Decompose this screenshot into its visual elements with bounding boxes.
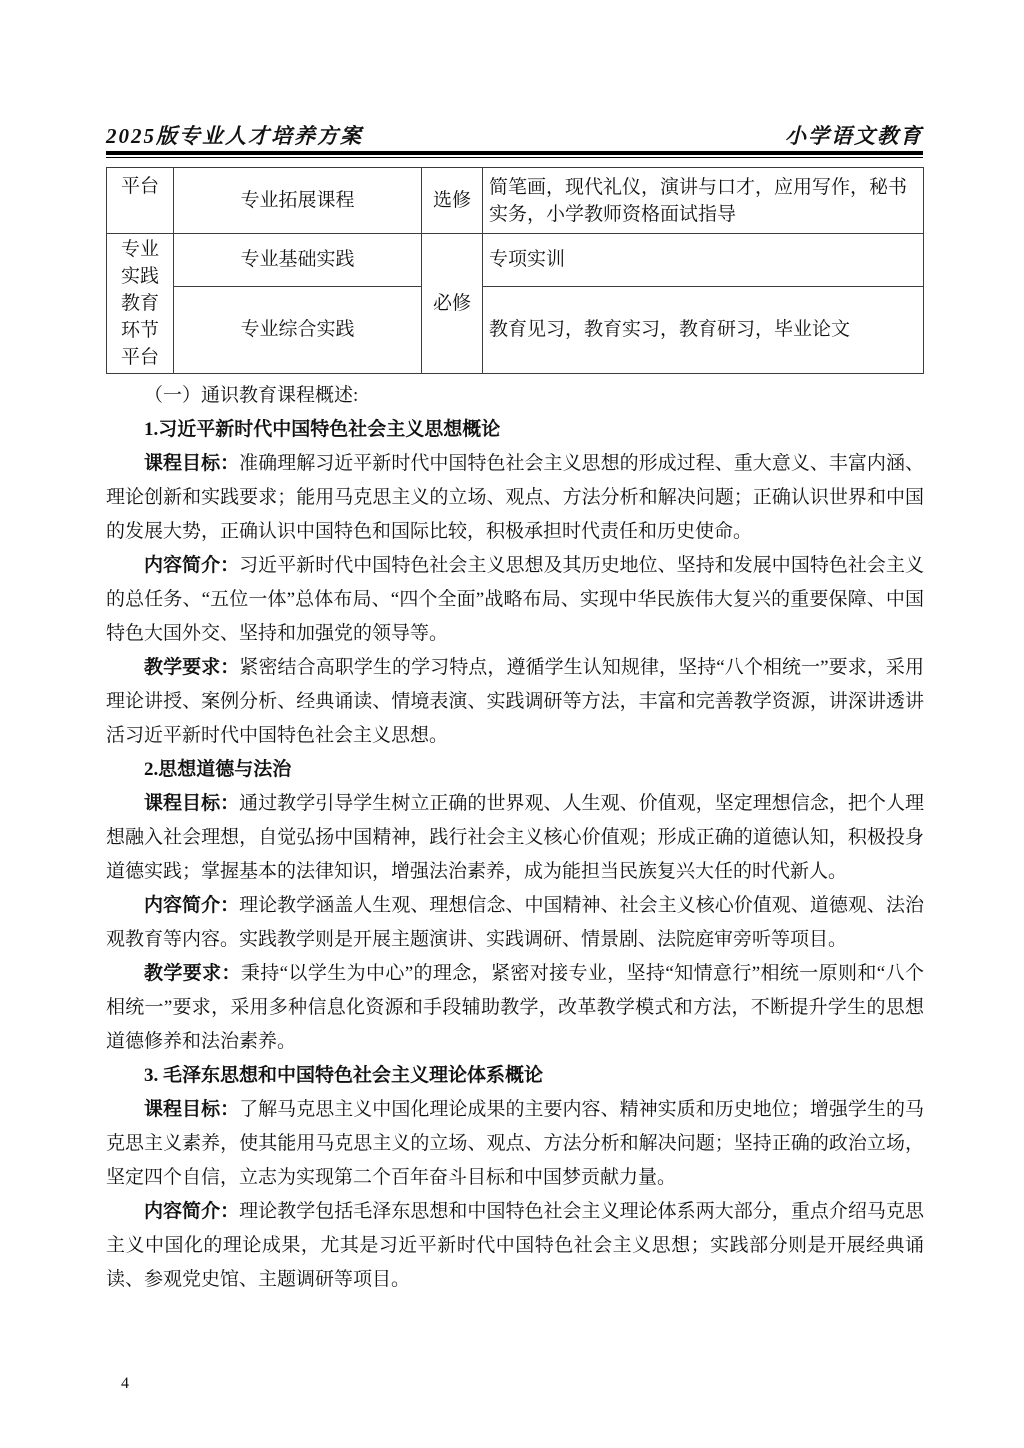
paragraph-content-brief: 内容简介：习近平新时代中国特色社会主义思想及其历史地位、坚持和发展中国特色社会主… <box>106 549 924 651</box>
paragraph-teaching-requirement: 教学要求：秉持“以学生为中心”的理念，紧密对接专业，坚持“知情意行”相统一原则和… <box>106 957 924 1059</box>
paragraph-label: 课程目标： <box>144 1099 239 1120</box>
cell-course-list: 专项实训 <box>483 234 924 287</box>
cell-course-list: 教育见习，教育实习，教育研习，毕业论文 <box>483 286 924 373</box>
cell-course-category: 专业综合实践 <box>174 286 422 373</box>
paragraph-course-goal: 课程目标：了解马克思主义中国化理论成果的主要内容、精神实质和历史地位；增强学生的… <box>106 1093 924 1195</box>
table-row: 专业实践教育环节平台 专业基础实践 必修 专项实训 <box>107 234 924 287</box>
paragraph-content-brief: 内容简介：理论教学包括毛泽东思想和中国特色社会主义理论体系两大部分，重点介绍马克… <box>106 1195 924 1297</box>
table-row: 专业综合实践 教育见习，教育实习，教育研习，毕业论文 <box>107 286 924 373</box>
paragraph-content-brief: 内容简介：理论教学涵盖人生观、理想信念、中国精神、社会主义核心价值观、道德观、法… <box>106 889 924 957</box>
curriculum-table: 平台 专业拓展课程 选修 简笔画，现代礼仪，演讲与口才，应用写作，秘书实务，小学… <box>106 167 924 374</box>
paragraph-label: 内容简介： <box>144 555 239 576</box>
cell-course-type: 必修 <box>422 234 483 374</box>
course-heading-2: 2.思想道德与法治 <box>106 753 924 787</box>
page-header: 2025版专业人才培养方案 小学语文教育 <box>106 120 923 150</box>
paragraph-teaching-requirement: 教学要求：紧密结合高职学生的学习特点，遵循学生认知规律，坚持“八个相统一”要求，… <box>106 651 924 753</box>
header-program-name: 小学语文教育 <box>785 120 923 150</box>
page-number: 4 <box>121 1375 129 1393</box>
cell-platform-continued: 平台 <box>107 168 174 234</box>
paragraph-course-goal: 课程目标：准确理解习近平新时代中国特色社会主义思想的形成过程、重大意义、丰富内涵… <box>106 447 924 549</box>
cell-course-category: 专业基础实践 <box>174 234 422 287</box>
document-body: （一）通识教育课程概述: 1.习近平新时代中国特色社会主义思想概论 课程目标：准… <box>106 379 924 1297</box>
paragraph-label: 课程目标： <box>144 453 239 474</box>
cell-platform: 专业实践教育环节平台 <box>107 234 174 374</box>
cell-course-list: 简笔画，现代礼仪，演讲与口才，应用写作，秘书实务，小学教师资格面试指导 <box>483 168 924 234</box>
course-heading-3: 3. 毛泽东思想和中国特色社会主义理论体系概论 <box>106 1059 924 1093</box>
paragraph-course-goal: 课程目标：通过教学引导学生树立正确的世界观、人生观、价值观，坚定理想信念，把个人… <box>106 787 924 889</box>
paragraph-label: 内容简介： <box>144 895 239 916</box>
header-divider-rule <box>106 151 923 158</box>
section-intro: （一）通识教育课程概述: <box>106 379 924 413</box>
header-doc-title: 2025版专业人才培养方案 <box>106 120 363 150</box>
paragraph-label: 教学要求： <box>144 963 241 984</box>
document-page: 2025版专业人才培养方案 小学语文教育 平台 专业拓展课程 选修 简笔画，现代… <box>0 0 1024 1448</box>
paragraph-label: 课程目标： <box>144 793 239 814</box>
course-heading-1: 1.习近平新时代中国特色社会主义思想概论 <box>106 413 924 447</box>
paragraph-label: 教学要求： <box>144 657 239 678</box>
paragraph-label: 内容简介： <box>144 1201 239 1222</box>
cell-course-category: 专业拓展课程 <box>174 168 422 234</box>
table-row: 平台 专业拓展课程 选修 简笔画，现代礼仪，演讲与口才，应用写作，秘书实务，小学… <box>107 168 924 234</box>
cell-course-type: 选修 <box>422 168 483 234</box>
